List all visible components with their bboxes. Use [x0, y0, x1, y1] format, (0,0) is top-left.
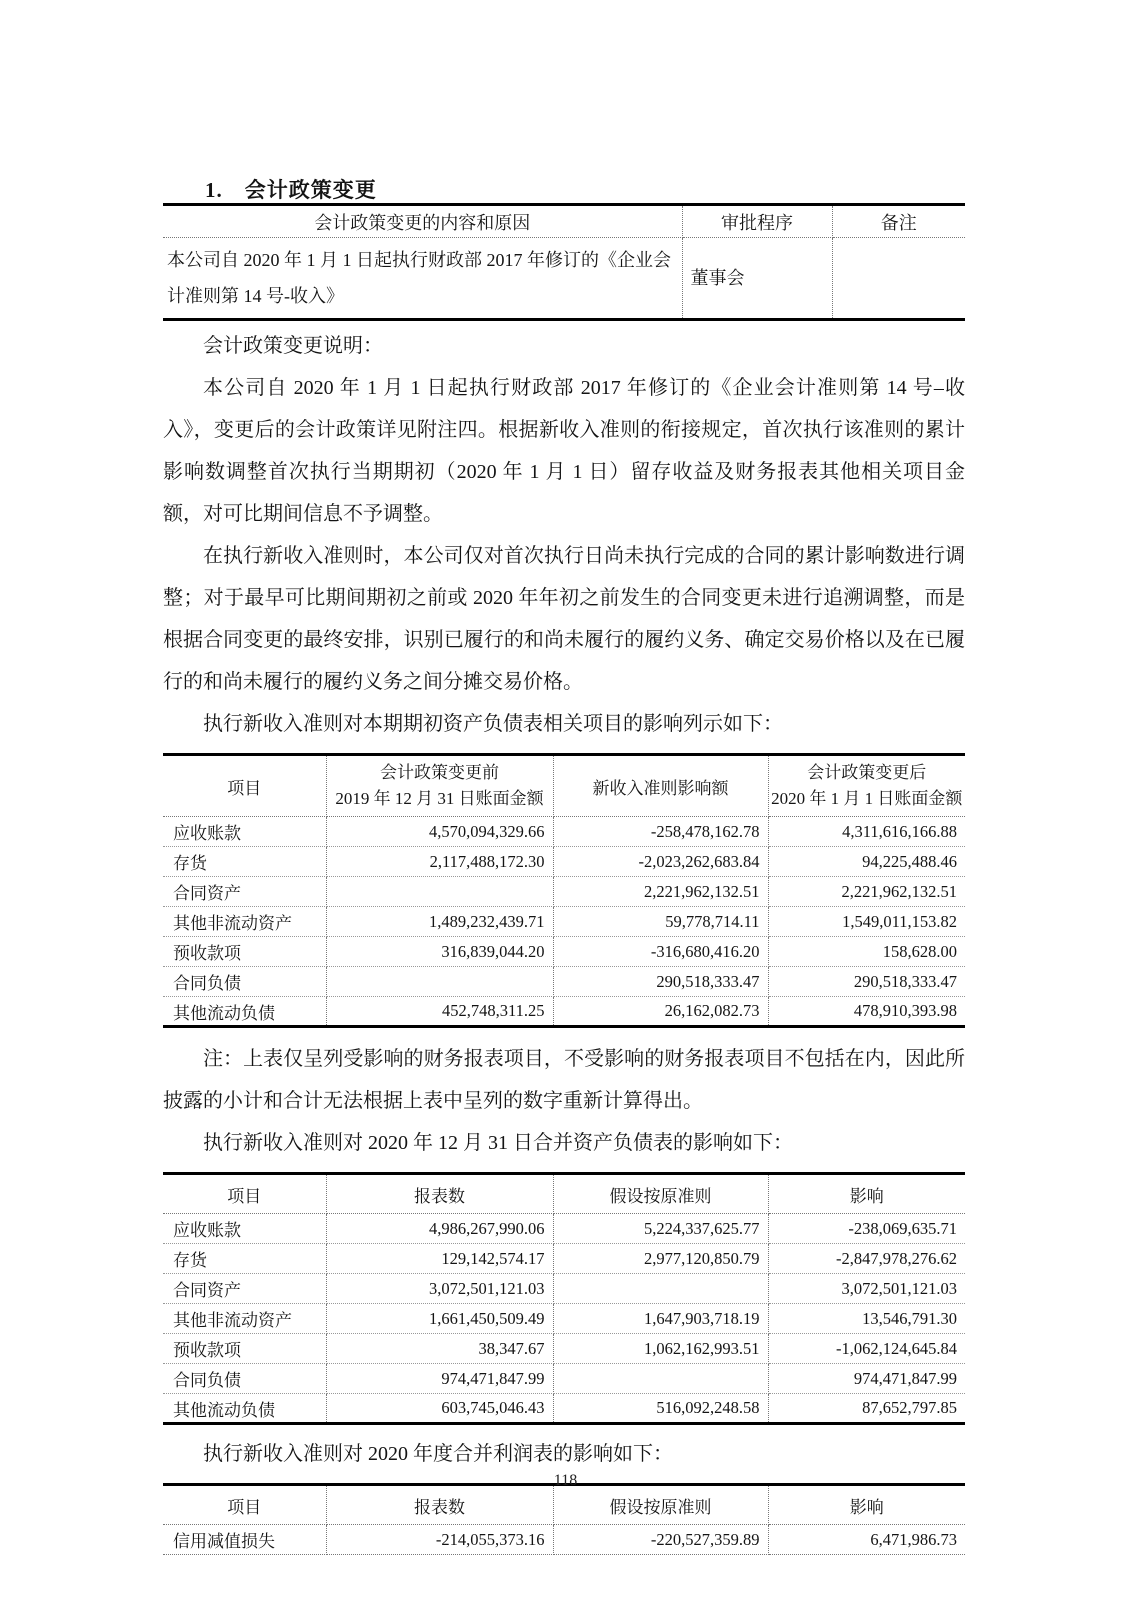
value-cell: 974,471,847.99 [326, 1364, 553, 1394]
value-cell: 316,839,044.20 [326, 937, 553, 967]
value-cell: -258,478,162.78 [553, 817, 768, 847]
header-item: 项目 [163, 755, 326, 817]
value-cell: 290,518,333.47 [768, 967, 965, 997]
header-before-line1: 会计政策变更前 [329, 760, 551, 786]
header-impact: 影响 [768, 1485, 965, 1525]
value-cell: 6,471,986.73 [768, 1525, 965, 1555]
table-row: 预收款项316,839,044.20-316,680,416.20158,628… [163, 937, 965, 967]
header-impact-amount: 新收入准则影响额 [553, 755, 768, 817]
value-cell: 603,745,046.43 [326, 1394, 553, 1424]
policy-change-table: 会计政策变更的内容和原因 审批程序 备注 本公司自 2020 年 1 月 1 日… [163, 203, 965, 321]
value-cell: 38,347.67 [326, 1334, 553, 1364]
note-block: 注：上表仅呈列受影响的财务报表项目，不受影响的财务报表项目不包括在内，因此所披露… [163, 1038, 965, 1164]
policy-table-row: 本公司自 2020 年 1 月 1 日起执行财政部 2017 年修订的《企业会计… [163, 238, 965, 320]
header-reported: 报表数 [326, 1174, 553, 1214]
paragraph-transition: 在执行新收入准则时，本公司仅对首次执行日尚未执行完成的合同的累计影响数进行调整；… [163, 535, 965, 703]
value-cell: 87,652,797.85 [768, 1394, 965, 1424]
value-cell: 1,062,162,993.51 [553, 1334, 768, 1364]
value-cell [553, 1364, 768, 1394]
policy-explanation-label: 会计政策变更说明： [163, 325, 965, 367]
value-cell: 3,072,501,121.03 [768, 1274, 965, 1304]
header-item: 项目 [163, 1174, 326, 1214]
section-number: 1. [205, 178, 223, 202]
policy-header-remark: 备注 [832, 205, 965, 238]
table-row: 信用减值损失-214,055,373.16-220,527,359.896,47… [163, 1525, 965, 1555]
document-page: 1.会计政策变更 会计政策变更的内容和原因 审批程序 备注 本公司自 2020 … [0, 0, 1131, 1600]
item-cell: 应收账款 [163, 817, 326, 847]
table-row: 合同资产2,221,962,132.512,221,962,132.51 [163, 877, 965, 907]
header-old-standard: 假设按原准则 [553, 1174, 768, 1214]
page-number: 118 [0, 1472, 1131, 1490]
value-cell: 1,549,011,153.82 [768, 907, 965, 937]
table-row: 其他非流动资产1,489,232,439.7159,778,714.111,54… [163, 907, 965, 937]
income-statement-caption: 执行新收入准则对 2020 年度合并利润表的影响如下： [163, 1433, 965, 1475]
value-cell: -2,847,978,276.62 [768, 1244, 965, 1274]
table-row: 其他流动负债603,745,046.43516,092,248.5887,652… [163, 1394, 965, 1424]
value-cell: -2,023,262,683.84 [553, 847, 768, 877]
value-cell: 1,661,450,509.49 [326, 1304, 553, 1334]
table-row: 应收账款4,986,267,990.065,224,337,625.77-238… [163, 1214, 965, 1244]
policy-explanation-block: 会计政策变更说明： 本公司自 2020 年 1 月 1 日起执行财政部 2017… [163, 325, 965, 745]
item-cell: 其他非流动资产 [163, 907, 326, 937]
item-cell: 合同资产 [163, 1274, 326, 1304]
item-cell: 预收款项 [163, 1334, 326, 1364]
header-item: 项目 [163, 1485, 326, 1525]
value-cell: 2,977,120,850.79 [553, 1244, 768, 1274]
policy-header-approval: 审批程序 [682, 205, 832, 238]
value-cell: 2,221,962,132.51 [553, 877, 768, 907]
value-cell: -1,062,124,645.84 [768, 1334, 965, 1364]
table-row: 合同负债290,518,333.47290,518,333.47 [163, 967, 965, 997]
table-row: 存货129,142,574.172,977,120,850.79-2,847,9… [163, 1244, 965, 1274]
value-cell: 974,471,847.99 [768, 1364, 965, 1394]
value-cell: 452,748,311.25 [326, 997, 553, 1027]
opening-table-header-row: 项目 会计政策变更前 2019 年 12 月 31 日账面金额 新收入准则影响额… [163, 755, 965, 817]
policy-reason-cell: 本公司自 2020 年 1 月 1 日起执行财政部 2017 年修订的《企业会计… [163, 238, 682, 320]
item-cell: 合同负债 [163, 967, 326, 997]
header-old-standard: 假设按原准则 [553, 1485, 768, 1525]
value-cell: 516,092,248.58 [553, 1394, 768, 1424]
value-cell: 5,224,337,625.77 [553, 1214, 768, 1244]
opening-balance-caption: 执行新收入准则对本期期初资产负债表相关项目的影响列示如下： [163, 703, 965, 745]
yearend-balance-impact-table: 项目 报表数 假设按原准则 影响 应收账款4,986,267,990.065,2… [163, 1172, 965, 1425]
value-cell [553, 1274, 768, 1304]
value-cell: 1,647,903,718.19 [553, 1304, 768, 1334]
table-note: 注：上表仅呈列受影响的财务报表项目，不受影响的财务报表项目不包括在内，因此所披露… [163, 1038, 965, 1122]
header-impact: 影响 [768, 1174, 965, 1214]
item-cell: 应收账款 [163, 1214, 326, 1244]
header-before-change: 会计政策变更前 2019 年 12 月 31 日账面金额 [326, 755, 553, 817]
value-cell: 290,518,333.47 [553, 967, 768, 997]
paragraph-policy-change: 本公司自 2020 年 1 月 1 日起执行财政部 2017 年修订的《企业会计… [163, 367, 965, 535]
policy-table-header-row: 会计政策变更的内容和原因 审批程序 备注 [163, 205, 965, 238]
table-row: 其他流动负债452,748,311.2526,162,082.73478,910… [163, 997, 965, 1027]
value-cell: 3,072,501,121.03 [326, 1274, 553, 1304]
header-after-change: 会计政策变更后 2020 年 1 月 1 日账面金额 [768, 755, 965, 817]
value-cell: -238,069,635.71 [768, 1214, 965, 1244]
value-cell: 2,221,962,132.51 [768, 877, 965, 907]
value-cell: -316,680,416.20 [553, 937, 768, 967]
value-cell: 1,489,232,439.71 [326, 907, 553, 937]
value-cell: 129,142,574.17 [326, 1244, 553, 1274]
item-cell: 合同负债 [163, 1364, 326, 1394]
value-cell: 4,570,094,329.66 [326, 817, 553, 847]
item-cell: 预收款项 [163, 937, 326, 967]
value-cell: 4,311,616,166.88 [768, 817, 965, 847]
table-row: 存货2,117,488,172.30-2,023,262,683.8494,22… [163, 847, 965, 877]
income-table-header-row: 项目 报表数 假设按原准则 影响 [163, 1485, 965, 1525]
table-row: 其他非流动资产1,661,450,509.491,647,903,718.191… [163, 1304, 965, 1334]
yearend-table-header-row: 项目 报表数 假设按原准则 影响 [163, 1174, 965, 1214]
header-reported: 报表数 [326, 1485, 553, 1525]
policy-header-content-reason: 会计政策变更的内容和原因 [163, 205, 682, 238]
table-row: 合同资产3,072,501,121.033,072,501,121.03 [163, 1274, 965, 1304]
value-cell: 26,162,082.73 [553, 997, 768, 1027]
section-title: 1.会计政策变更 [205, 174, 965, 203]
yearend-balance-caption: 执行新收入准则对 2020 年 12 月 31 日合并资产负债表的影响如下： [163, 1122, 965, 1164]
item-cell: 信用减值损失 [163, 1525, 326, 1555]
table-row: 应收账款4,570,094,329.66-258,478,162.784,311… [163, 817, 965, 847]
value-cell: 94,225,488.46 [768, 847, 965, 877]
section-title-text: 会计政策变更 [245, 178, 377, 202]
policy-approval-cell: 董事会 [682, 238, 832, 320]
value-cell: -220,527,359.89 [553, 1525, 768, 1555]
header-before-line2: 2019 年 12 月 31 日账面金额 [329, 786, 551, 812]
value-cell: 158,628.00 [768, 937, 965, 967]
opening-balance-impact-table: 项目 会计政策变更前 2019 年 12 月 31 日账面金额 新收入准则影响额… [163, 753, 965, 1028]
table-row: 合同负债974,471,847.99974,471,847.99 [163, 1364, 965, 1394]
policy-remark-cell [832, 238, 965, 320]
item-cell: 其他流动负债 [163, 997, 326, 1027]
value-cell: 4,986,267,990.06 [326, 1214, 553, 1244]
income-statement-impact-table: 项目 报表数 假设按原准则 影响 信用减值损失-214,055,373.16-2… [163, 1483, 965, 1555]
value-cell: 2,117,488,172.30 [326, 847, 553, 877]
table-row: 预收款项38,347.671,062,162,993.51-1,062,124,… [163, 1334, 965, 1364]
value-cell [326, 877, 553, 907]
value-cell: 478,910,393.98 [768, 997, 965, 1027]
header-after-line2: 2020 年 1 月 1 日账面金额 [771, 786, 964, 812]
item-cell: 其他非流动资产 [163, 1304, 326, 1334]
page-content: 1.会计政策变更 会计政策变更的内容和原因 审批程序 备注 本公司自 2020 … [163, 0, 965, 1555]
value-cell: 59,778,714.11 [553, 907, 768, 937]
value-cell: -214,055,373.16 [326, 1525, 553, 1555]
item-cell: 合同资产 [163, 877, 326, 907]
value-cell: 13,546,791.30 [768, 1304, 965, 1334]
item-cell: 存货 [163, 1244, 326, 1274]
value-cell [326, 967, 553, 997]
header-after-line1: 会计政策变更后 [771, 760, 964, 786]
item-cell: 其他流动负债 [163, 1394, 326, 1424]
item-cell: 存货 [163, 847, 326, 877]
